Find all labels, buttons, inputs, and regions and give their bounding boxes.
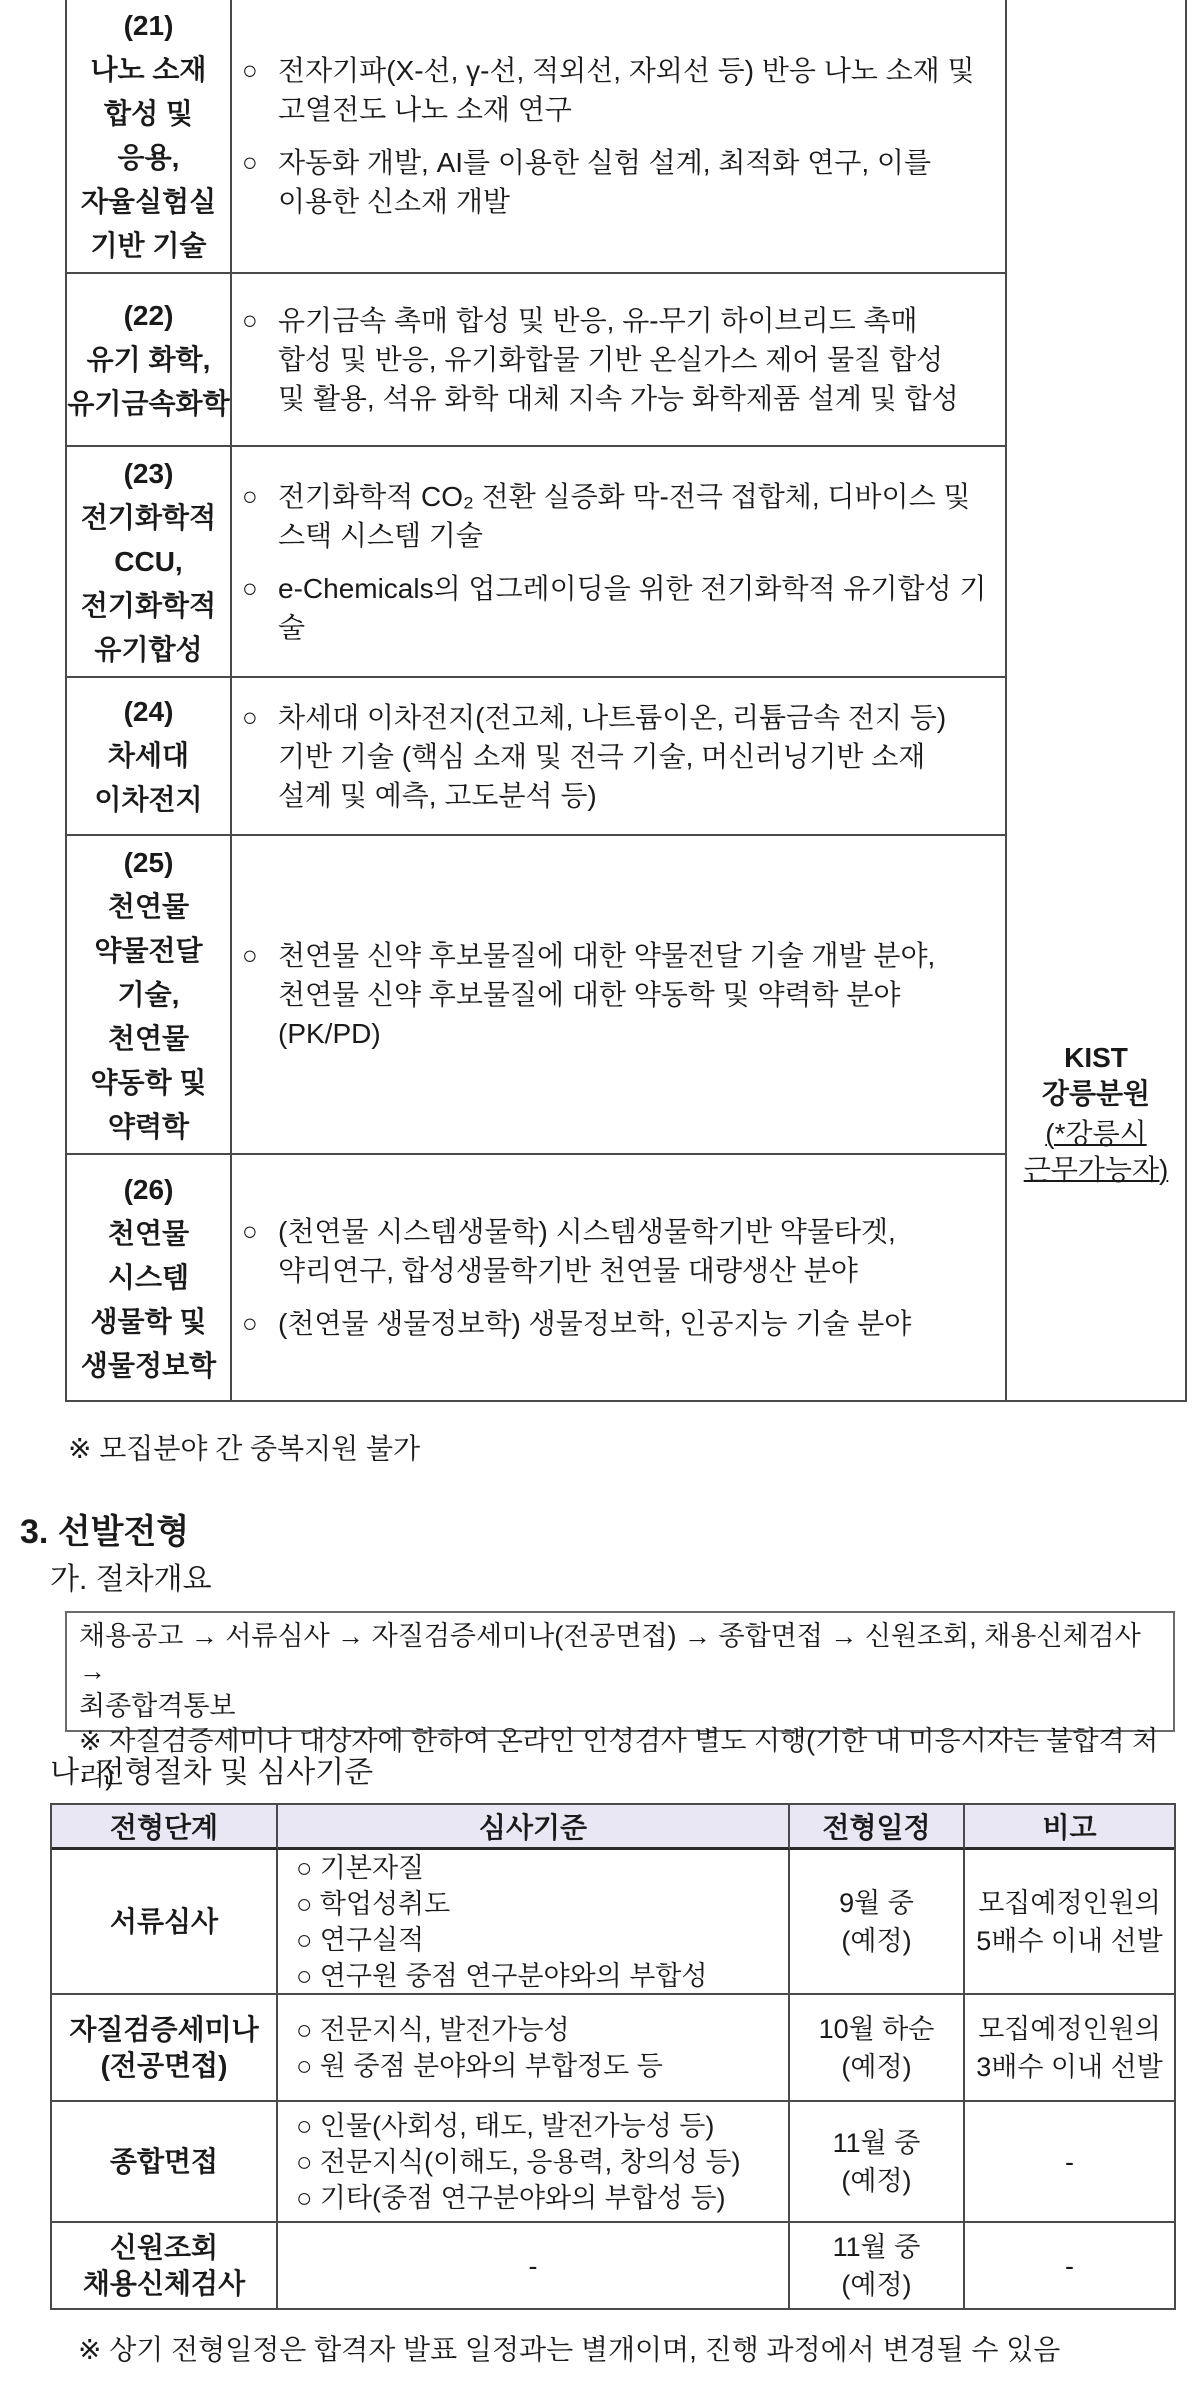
field-description-26: ○ (천연물 시스템생물학) 시스템생물학기반 약물타겟, 약리연구, 합성생물… [232, 1155, 1007, 1402]
description-item: ○ 전기화학적 CO₂ 전환 실증화 막-전극 접합체, 디바이스 및 스택 시… [242, 477, 991, 555]
criteria-seminar: ○ 전문지식, 발전가능성 ○ 원 중점 분야와의 부합정도 등 [278, 1995, 790, 2102]
subsection-criteria: 나. 전형절차 및 심사기준 [50, 1747, 373, 1791]
column-header-note: 비고 [965, 1805, 1174, 1850]
note-document-screening: 모집예정인원의 5배수 이내 선발 [965, 1850, 1174, 1995]
location-cell: KIST 강릉분원 (*강릉시 근무가능자) [1007, 0, 1187, 1402]
criteria-document-screening: ○ 기본자질 ○ 학업성취도 ○ 연구실적 ○ 연구원 중점 연구분야와의 부합… [278, 1850, 790, 1995]
field-description-22: ○ 유기금속 촉매 합성 및 반응, 유-무기 하이브리드 촉매 합성 및 반응… [232, 274, 1007, 447]
circle-bullet-icon: ○ [242, 1304, 278, 1343]
stage-comprehensive-interview: 종합면접 [52, 2102, 278, 2223]
field-category-26: (26) 천연물 시스템 생물학 및 생물정보학 [67, 1155, 232, 1402]
selection-process-table: 전형단계 심사기준 전형일정 비고 서류심사 ○ 기본자질 ○ 학업성취도 ○ … [50, 1803, 1176, 2310]
subsection-procedure-overview: 가. 절차개요 [50, 1554, 212, 1598]
field-description-24: ○ 차세대 이차전지(전고체, 나트륨이온, 리튬금속 전지 등) 기반 기술 … [232, 678, 1007, 836]
criteria-background-check: - [278, 2223, 790, 2308]
column-header-schedule: 전형일정 [790, 1805, 965, 1850]
column-header-criteria: 심사기준 [278, 1805, 790, 1850]
description-text: 유기금속 촉매 합성 및 반응, 유-무기 하이브리드 촉매 합성 및 반응, … [278, 301, 959, 418]
location-note: (*강릉시 근무가능자) [1024, 1116, 1169, 1188]
column-header-stage: 전형단계 [52, 1805, 278, 1850]
description-item: ○ 천연물 신약 후보물질에 대한 약물전달 기술 개발 분야, 천연물 신약 … [242, 936, 991, 1053]
recruitment-fields-table: (21) 나노 소재 합성 및 응용, 자율실험실 기반 기술 ○ 전자기파(X… [65, 0, 1187, 1402]
description-text: 천연물 신약 후보물질에 대한 약물전달 기술 개발 분야, 천연물 신약 후보… [278, 936, 991, 1053]
circle-bullet-icon: ○ [242, 477, 278, 516]
circle-bullet-icon: ○ [242, 569, 278, 608]
stage-document-screening: 서류심사 [52, 1850, 278, 1995]
description-text: 전기화학적 CO₂ 전환 실증화 막-전극 접합체, 디바이스 및 스택 시스템… [278, 477, 970, 555]
field-category-22: (22) 유기 화학, 유기금속화학 [67, 274, 232, 447]
description-text: (천연물 시스템생물학) 시스템생물학기반 약물타겟, 약리연구, 합성생물학기… [278, 1212, 896, 1290]
stage-seminar: 자질검증세미나 (전공면접) [52, 1995, 278, 2102]
description-item: ○ 유기금속 촉매 합성 및 반응, 유-무기 하이브리드 촉매 합성 및 반응… [242, 301, 991, 418]
description-item: ○ (천연물 시스템생물학) 시스템생물학기반 약물타겟, 약리연구, 합성생물… [242, 1212, 991, 1290]
field-category-23: (23) 전기화학적 CCU, 전기화학적 유기합성 [67, 447, 232, 678]
circle-bullet-icon: ○ [242, 1212, 278, 1251]
document-page: (21) 나노 소재 합성 및 응용, 자율실험실 기반 기술 ○ 전자기파(X… [0, 0, 1200, 2402]
schedule-change-note: ※ 상기 전형일정은 합격자 발표 일정과는 별개이며, 진행 과정에서 변경될… [78, 2328, 1060, 2368]
description-text: 전자기파(X-선, γ-선, 적외선, 자외선 등) 반응 나노 소재 및 고열… [278, 51, 975, 129]
description-item: ○ 차세대 이차전지(전고체, 나트륨이온, 리튬금속 전지 등) 기반 기술 … [242, 698, 991, 815]
circle-bullet-icon: ○ [242, 301, 278, 340]
location-name: KIST 강릉분원 [1042, 1040, 1150, 1112]
description-text: e-Chemicals의 업그레이딩을 위한 전기화학적 유기합성 기술 [278, 569, 991, 647]
field-category-25: (25) 천연물 약물전달 기술, 천연물 약동학 및 약력학 [67, 836, 232, 1155]
note-seminar: 모집예정인원의 3배수 이내 선발 [965, 1995, 1174, 2102]
stage-background-check: 신원조회 채용신체검사 [52, 2223, 278, 2308]
no-duplicate-application-note: ※ 모집분야 간 중복지원 불가 [68, 1427, 420, 1467]
field-description-21: ○ 전자기파(X-선, γ-선, 적외선, 자외선 등) 반응 나노 소재 및 … [232, 0, 1007, 274]
circle-bullet-icon: ○ [242, 698, 278, 737]
circle-bullet-icon: ○ [242, 936, 278, 975]
description-text: 차세대 이차전지(전고체, 나트륨이온, 리튬금속 전지 등) 기반 기술 (핵… [278, 698, 946, 815]
circle-bullet-icon: ○ [242, 143, 278, 182]
note-comprehensive-interview: - [965, 2102, 1174, 2223]
field-category-24: (24) 차세대 이차전지 [67, 678, 232, 836]
description-item: ○ 자동화 개발, AI를 이용한 실험 설계, 최적화 연구, 이를 이용한 … [242, 143, 991, 221]
note-background-check: - [965, 2223, 1174, 2308]
description-item: ○ 전자기파(X-선, γ-선, 적외선, 자외선 등) 반응 나노 소재 및 … [242, 51, 991, 129]
process-flow-box: 채용공고 → 서류심사 → 자질검증세미나(전공면접) → 종합면접 → 신원조… [65, 1611, 1175, 1732]
field-description-25: ○ 천연물 신약 후보물질에 대한 약물전달 기술 개발 분야, 천연물 신약 … [232, 836, 1007, 1155]
schedule-comprehensive-interview: 11월 중 (예정) [790, 2102, 965, 2223]
description-text: 자동화 개발, AI를 이용한 실험 설계, 최적화 연구, 이를 이용한 신소… [278, 143, 931, 221]
field-category-21: (21) 나노 소재 합성 및 응용, 자율실험실 기반 기술 [67, 0, 232, 274]
description-text: (천연물 생물정보학) 생물정보학, 인공지능 기술 분야 [278, 1304, 911, 1343]
description-item: ○ e-Chemicals의 업그레이딩을 위한 전기화학적 유기합성 기술 [242, 569, 991, 647]
schedule-background-check: 11월 중 (예정) [790, 2223, 965, 2308]
schedule-seminar: 10월 하순 (예정) [790, 1995, 965, 2102]
field-description-23: ○ 전기화학적 CO₂ 전환 실증화 막-전극 접합체, 디바이스 및 스택 시… [232, 447, 1007, 678]
criteria-comprehensive-interview: ○ 인물(사회성, 태도, 발전가능성 등) ○ 전문지식(이해도, 응용력, … [278, 2102, 790, 2223]
circle-bullet-icon: ○ [242, 51, 278, 90]
description-item: ○ (천연물 생물정보학) 생물정보학, 인공지능 기술 분야 [242, 1304, 991, 1343]
section-title: 3. 선발전형 [20, 1504, 189, 1553]
schedule-document-screening: 9월 중 (예정) [790, 1850, 965, 1995]
